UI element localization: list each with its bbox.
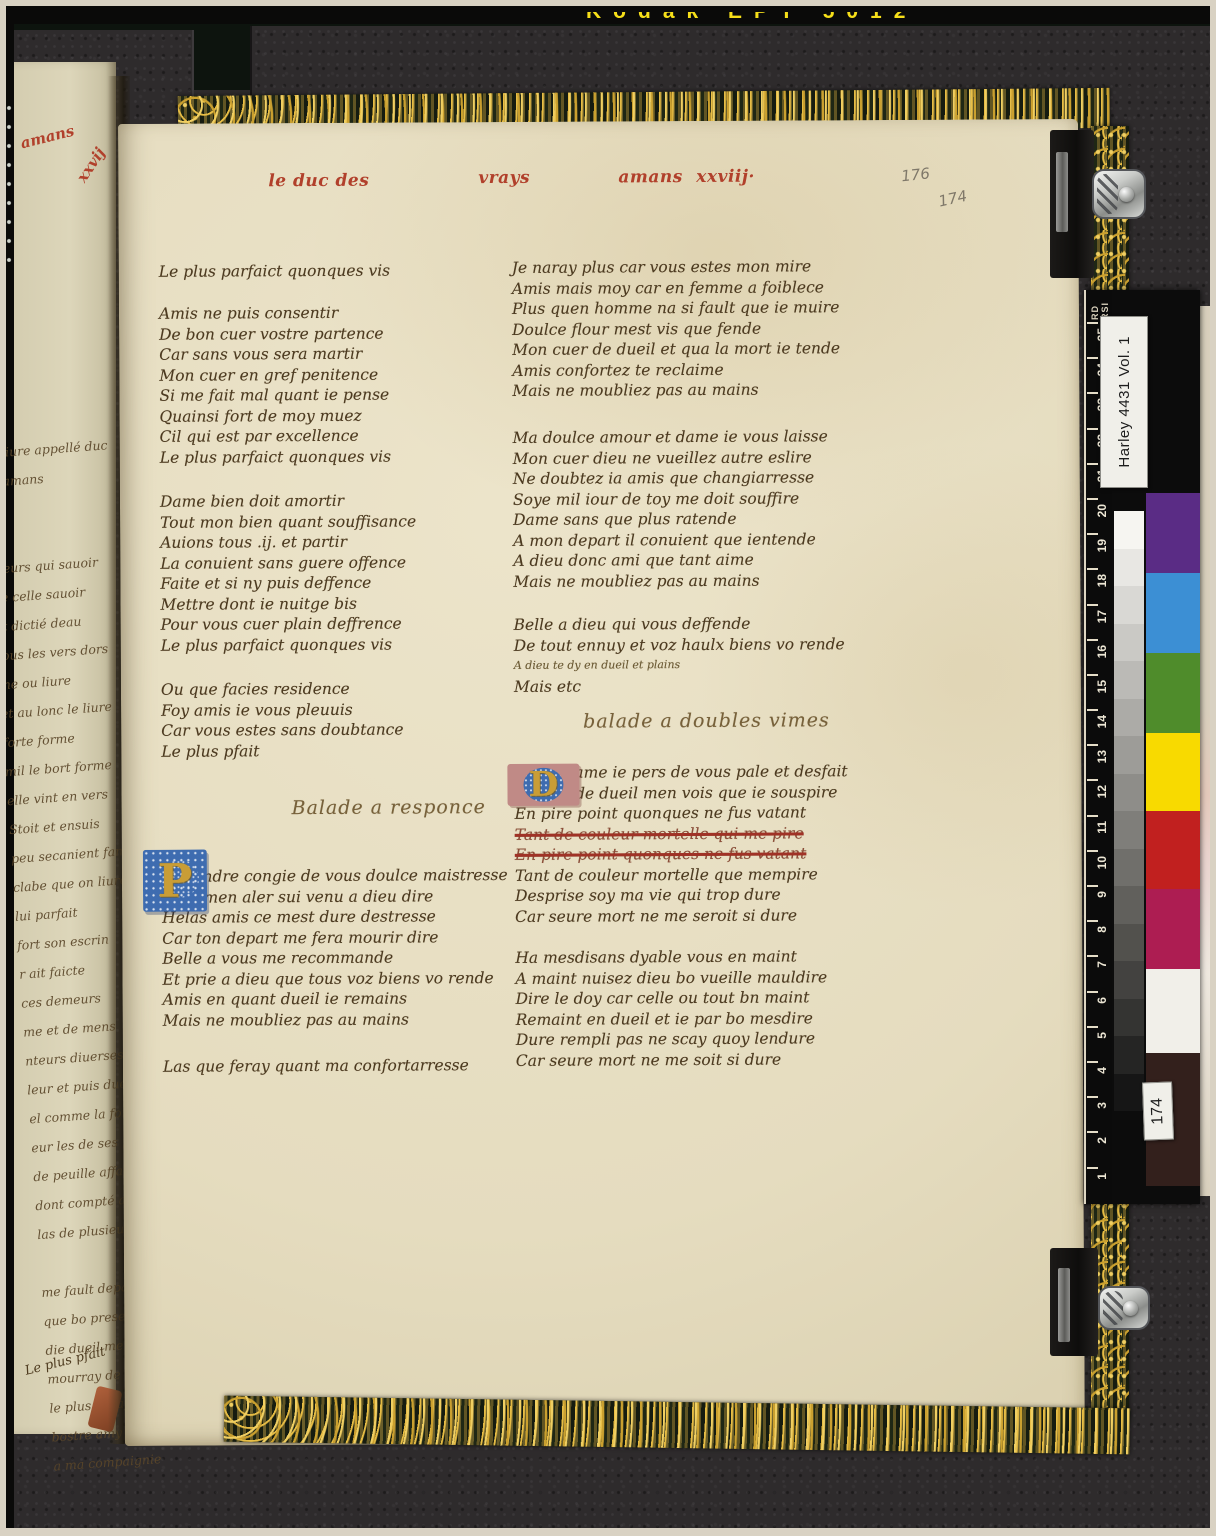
ruler-tick: 14 bbox=[1086, 709, 1112, 744]
ruler-tick: 18 bbox=[1086, 568, 1112, 603]
clip-rivet bbox=[1123, 1301, 1138, 1316]
ruler-tick: 20 bbox=[1086, 498, 1112, 533]
ruler-number: 3 bbox=[1095, 1102, 1109, 1109]
poem-line: De bon cuer vostre partence bbox=[159, 323, 390, 345]
grayscale-step bbox=[1114, 811, 1144, 849]
poem-line: Amis confortez te reclaime bbox=[512, 359, 840, 381]
ruler-number: 13 bbox=[1095, 750, 1109, 763]
illuminated-initial-d: D bbox=[507, 764, 579, 806]
poem-line: Mon cuer en gref penitence bbox=[159, 364, 390, 386]
poem-line: Dame sans que plus ratende bbox=[513, 508, 828, 530]
folio-number-old: 176 bbox=[900, 164, 930, 185]
color-patch bbox=[1146, 573, 1200, 653]
poem-line: Faite et si ny puis deffence bbox=[160, 572, 416, 594]
ruler-number: 7 bbox=[1095, 961, 1109, 968]
ruler-tick: 12 bbox=[1086, 779, 1112, 814]
ruler-tick: 9 bbox=[1086, 885, 1112, 920]
poem-line: Ne doubtez ia amis que changiarresse bbox=[513, 467, 828, 489]
poem-line: Desprise soy ma vie qui trop dure bbox=[515, 884, 848, 906]
poem-line: Mais etc bbox=[514, 675, 845, 697]
ruler-tick: 5 bbox=[1086, 1026, 1112, 1061]
ruler-tick: 6 bbox=[1086, 991, 1112, 1026]
rubric-part-3: amans bbox=[618, 167, 683, 187]
color-patch bbox=[1146, 653, 1200, 733]
grayscale-step bbox=[1114, 961, 1144, 999]
poem-line: Plus quen homme na si fault que ie muire bbox=[512, 297, 840, 319]
facing-rubric-amans: amans bbox=[19, 122, 76, 153]
poem-line: Mais ne moubliez pas au mains bbox=[513, 570, 828, 592]
ruler-tick: 2 bbox=[1086, 1131, 1112, 1166]
ruler-number: 8 bbox=[1095, 926, 1109, 933]
poem-line: Soye mil iour de toy me doit souffire bbox=[513, 488, 828, 510]
right-stanza-1: Je naray plus car vous estes mon mireAmi… bbox=[512, 256, 841, 401]
poem-line: Doulce flour mest vis que fende bbox=[512, 318, 840, 340]
poem-line: Belle a dieu qui vous deffende bbox=[514, 613, 845, 635]
poem-line: Auions tous .ij. et partir bbox=[160, 531, 416, 553]
grayscale-step bbox=[1114, 624, 1144, 662]
ruler-number: 20 bbox=[1095, 504, 1109, 517]
metal-clip-top bbox=[1092, 169, 1146, 219]
poem-line: Las que feray quant ma confortarresse bbox=[163, 1055, 469, 1077]
ruler-number: 4 bbox=[1095, 1067, 1109, 1074]
poem-line: A dieu donc ami que tant aime bbox=[513, 549, 828, 571]
film-edge-label: Kodak EPT 5012 bbox=[586, 12, 1006, 27]
poem-line: A maint nuisez dieu bo vueille mauldire bbox=[515, 967, 827, 989]
poem-line: Car sans vous sera martir bbox=[159, 344, 390, 366]
ruler-number: 16 bbox=[1095, 645, 1109, 658]
poem-line: Foy amis ie vous pleuuis bbox=[161, 699, 403, 721]
grayscale-step bbox=[1114, 849, 1144, 887]
shelfmark-sticker: Harley 4431 Vol. 1 bbox=[1100, 316, 1148, 488]
poem-line: Dire le doy car celle ou tout bn maint bbox=[516, 987, 828, 1009]
poem-line: Belle a vous me recommande bbox=[162, 947, 508, 969]
poem-line: Car ton depart me fera mourir dire bbox=[162, 926, 508, 948]
color-calibration-bar: RD RSI 25 24 23 22 21 bbox=[1084, 290, 1200, 1204]
color-patch bbox=[1146, 493, 1200, 573]
left-stanza-1: Amis ne puis consentirDe bon cuer vostre… bbox=[159, 303, 391, 468]
ruler-tick: 3 bbox=[1086, 1096, 1112, 1131]
grayscale-step bbox=[1114, 886, 1144, 924]
illuminated-initial-p: P bbox=[143, 850, 207, 912]
poem-line: Amis ne puis consentir bbox=[159, 303, 390, 325]
poem-line: Je naray plus car vous estes mon mire bbox=[512, 256, 840, 278]
ruler-tick: 10 bbox=[1086, 850, 1112, 885]
shelfmark-text: Harley 4431 Vol. 1 bbox=[1116, 336, 1133, 468]
grayscale-step bbox=[1114, 999, 1144, 1037]
grayscale-step bbox=[1114, 774, 1144, 812]
strap-slide-top bbox=[1056, 152, 1068, 232]
poem-line: Mettre dont ie nuitge bis bbox=[160, 593, 416, 615]
ruler-tick: 7 bbox=[1086, 955, 1112, 990]
ruler-number: 5 bbox=[1095, 1032, 1109, 1039]
grayscale-strip bbox=[1114, 511, 1144, 1111]
poem-line: Dure rempli pas ne scay quoy lendure bbox=[516, 1028, 828, 1050]
digitization-frame: Kodak EPT 5012 amans xxvij ce liure appe… bbox=[0, 0, 1216, 1536]
rubric-part-2: vrays bbox=[478, 168, 530, 188]
ruler-number: 15 bbox=[1095, 680, 1109, 693]
ruler-tick: 19 bbox=[1086, 533, 1112, 568]
grayscale-step bbox=[1114, 736, 1144, 774]
poem-line: Remaint en dueil et ie par bo mesdire bbox=[516, 1008, 828, 1030]
left-stanza-4: rendre congie de vous doulce maistresseP… bbox=[162, 865, 509, 1031]
poem-line: Ou que facies residence bbox=[161, 679, 403, 701]
right-stanza-5: Ha mesdisans dyable vous en maintA maint… bbox=[515, 946, 827, 1071]
color-patch bbox=[1146, 733, 1200, 811]
strap-slide-bottom bbox=[1058, 1268, 1070, 1342]
ruler-number: 9 bbox=[1095, 891, 1109, 898]
poem-line: Amis en quant dueil ie remains bbox=[163, 988, 509, 1010]
balade-header-left: Balade a responce bbox=[292, 796, 486, 819]
poem-line: Et prie a dieu que tous voz biens vo ren… bbox=[162, 967, 508, 989]
left-refrain: Le plus parfaict quonques vis bbox=[159, 261, 390, 283]
folio-number-new: 174 bbox=[937, 187, 969, 211]
ruler-tick: 15 bbox=[1086, 674, 1112, 709]
ruler-tick: 13 bbox=[1086, 744, 1112, 779]
rubric-part-1: le duc des bbox=[268, 171, 369, 192]
color-patch bbox=[1146, 811, 1200, 889]
facing-rubric-numeral: xxvij bbox=[73, 144, 109, 185]
color-patch bbox=[1146, 889, 1200, 969]
initial-letter: D bbox=[529, 765, 559, 805]
poem-line: Le plus pfait bbox=[161, 740, 403, 762]
color-patch bbox=[1146, 969, 1200, 1053]
left-last-line: Las que feray quant ma confortarresse bbox=[163, 1055, 469, 1077]
film-edge-dots bbox=[6, 102, 13, 262]
ruler-number: 2 bbox=[1095, 1137, 1109, 1144]
ruler-tick: 4 bbox=[1086, 1061, 1112, 1096]
poem-line: Ha mesdisans dyable vous en maint bbox=[515, 946, 827, 968]
metal-clip-bottom bbox=[1098, 1286, 1150, 1330]
ruler-tick: 8 bbox=[1086, 920, 1112, 955]
folio-sticker-text: 174 bbox=[1149, 1097, 1168, 1124]
poem-line: Helas amis ce mest dure destresse bbox=[162, 906, 508, 928]
poem-line: Le plus parfaict quonques vis bbox=[159, 261, 390, 283]
poem-line: Car seure mort ne me soit si dure bbox=[516, 1049, 828, 1071]
poem-line: Ma doulce amour et dame ie vous laisse bbox=[513, 426, 828, 448]
poem-line: Car vous estes sans doubtance bbox=[161, 720, 403, 742]
initial-letter: P bbox=[158, 854, 193, 908]
balade-header-right: balade a doubles vimes bbox=[583, 709, 830, 732]
poem-line: Le plus parfaict quonques vis bbox=[160, 446, 391, 468]
film-label-text: Kodak EPT 5012 bbox=[586, 12, 1006, 24]
poem-line: Mais ne moubliez pas au mains bbox=[512, 379, 840, 401]
grayscale-step bbox=[1114, 924, 1144, 962]
grayscale-step bbox=[1114, 511, 1144, 549]
right-stanza-3: Belle a dieu qui vous deffendeDe tout en… bbox=[514, 613, 845, 697]
grayscale-step bbox=[1114, 549, 1144, 587]
poem-line: Quainsi fort de moy muez bbox=[159, 405, 390, 427]
ruler-number: 12 bbox=[1095, 785, 1109, 798]
ruler-number: 18 bbox=[1095, 574, 1109, 587]
poem-line: Mais ne moubliez pas au mains bbox=[163, 1008, 509, 1030]
poem-line: Pour men aler sui venu a dieu dire bbox=[162, 885, 508, 907]
ruler-number: 19 bbox=[1095, 539, 1109, 552]
poem-line: Tant de couleur mortelle qui me pire bbox=[515, 823, 848, 845]
ruler-number: 14 bbox=[1095, 715, 1109, 728]
ruler-tick: 11 bbox=[1086, 815, 1112, 850]
ruler-number: 1 bbox=[1095, 1173, 1109, 1180]
ruler-tick: 16 bbox=[1086, 639, 1112, 674]
ruler-number: 6 bbox=[1095, 997, 1109, 1004]
grayscale-step bbox=[1114, 1036, 1144, 1074]
grayscale-step bbox=[1114, 1074, 1144, 1112]
ruler-tick: 17 bbox=[1086, 604, 1112, 639]
poem-line: Mon cuer dieu ne vueillez autre eslire bbox=[513, 447, 828, 469]
left-stanza-2: Dame bien doit amortirTout mon bien quan… bbox=[160, 490, 417, 655]
left-stanza-3: Ou que facies residenceFoy amis ie vous … bbox=[161, 679, 404, 762]
poem-line: A dieu te dy en dueil et plains bbox=[514, 654, 845, 676]
grayscale-step bbox=[1114, 699, 1144, 737]
manuscript-page: le duc des vrays amans xxviij· 176 174 L… bbox=[118, 119, 1085, 1446]
poem-line: De tout ennuy et voz haulx biens vo rend… bbox=[514, 634, 845, 656]
poem-line: A mon depart il conuient que ientende bbox=[513, 529, 828, 551]
poem-line: Tout mon bien quant souffisance bbox=[160, 511, 416, 533]
facing-page-edge: amans xxvij ce liure appellé duces amans… bbox=[14, 62, 116, 1434]
grayscale-step bbox=[1114, 661, 1144, 699]
clip-stripes bbox=[1103, 1291, 1123, 1325]
poem-line: Car seure mort ne me seroit si dure bbox=[515, 905, 848, 927]
poem-line: Si me fait mal quant ie pense bbox=[159, 385, 390, 407]
photo: Kodak EPT 5012 amans xxvij ce liure appe… bbox=[6, 6, 1210, 1528]
clip-stripes bbox=[1097, 174, 1118, 214]
rubric-part-4: xxviij· bbox=[696, 167, 755, 187]
poem-line: Mon cuer de dueil et qua la mort ie tend… bbox=[512, 338, 840, 360]
poem-line: En pire point quonques ne fus vatant bbox=[515, 843, 848, 865]
poem-line: Cil qui est par excellence bbox=[160, 426, 391, 448]
ruler-tick: 1 bbox=[1086, 1167, 1112, 1202]
poem-line: rendre congie de vous doulce maistresse bbox=[162, 865, 508, 887]
poem-line: La conuient sans guere offence bbox=[160, 552, 416, 574]
ruler-number: 11 bbox=[1095, 821, 1109, 834]
ruler-number: 10 bbox=[1095, 856, 1109, 869]
ruler-number: 17 bbox=[1095, 610, 1109, 623]
folio-sticker: 174 bbox=[1142, 1081, 1174, 1140]
clip-rivet bbox=[1119, 187, 1134, 202]
grayscale-step bbox=[1114, 586, 1144, 624]
poem-line: Amis mais moy car en femme a foiblece bbox=[512, 277, 840, 299]
poem-line: Dame bien doit amortir bbox=[160, 490, 416, 512]
poem-line: Tant de couleur mortelle que mempire bbox=[515, 864, 848, 886]
poem-line: Pour vous cuer plain deffrence bbox=[161, 613, 417, 635]
right-stanza-2: Ma doulce amour et dame ie vous laisseMo… bbox=[513, 426, 829, 592]
poem-line: Le plus parfaict quonques vis bbox=[161, 634, 417, 656]
